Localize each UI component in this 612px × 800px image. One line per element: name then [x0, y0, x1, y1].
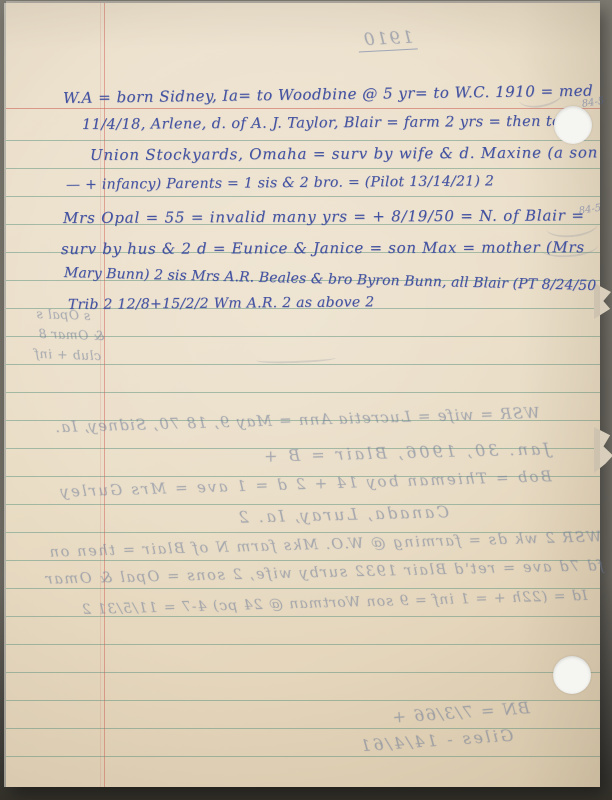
handwriting-line: 11/4/18, Arlene, d. of A. J. Taylor, Bla… — [82, 114, 561, 133]
bleedthrough-note: & Omar 8 — [38, 326, 105, 343]
bleedthrough-note: s Opal s — [36, 306, 91, 323]
handwriting-line: Mrs Opal = 55 = invalid many yrs = + 8/1… — [63, 206, 585, 227]
red-header-line — [6, 108, 600, 109]
handwriting-line: W.A = born Sidney, Ia= to Woodbine @ 5 y… — [63, 82, 593, 107]
punch-hole — [553, 656, 591, 694]
scanned-page: W.A = born Sidney, Ia= to Woodbine @ 5 y… — [0, 0, 612, 800]
margin-annotation: 84-5 — [581, 96, 605, 110]
handwriting-line: Trib 2 12/8+15/2/2 Wm A.R. 2 as above 2 — [68, 294, 375, 313]
punch-hole — [554, 106, 592, 144]
torn-edge — [594, 427, 612, 473]
handwriting-line: surv by hus & 2 d = Eunice & Janice = so… — [61, 238, 585, 258]
bleedthrough-year-header: 1910 — [357, 27, 417, 52]
torn-edge — [594, 283, 611, 319]
bleedthrough-note: club + inf — [34, 346, 102, 363]
ledger-paper: W.A = born Sidney, Ia= to Woodbine @ 5 y… — [6, 3, 600, 787]
handwriting-line: Union Stockyards, Omaha = surv by wife &… — [90, 143, 598, 164]
